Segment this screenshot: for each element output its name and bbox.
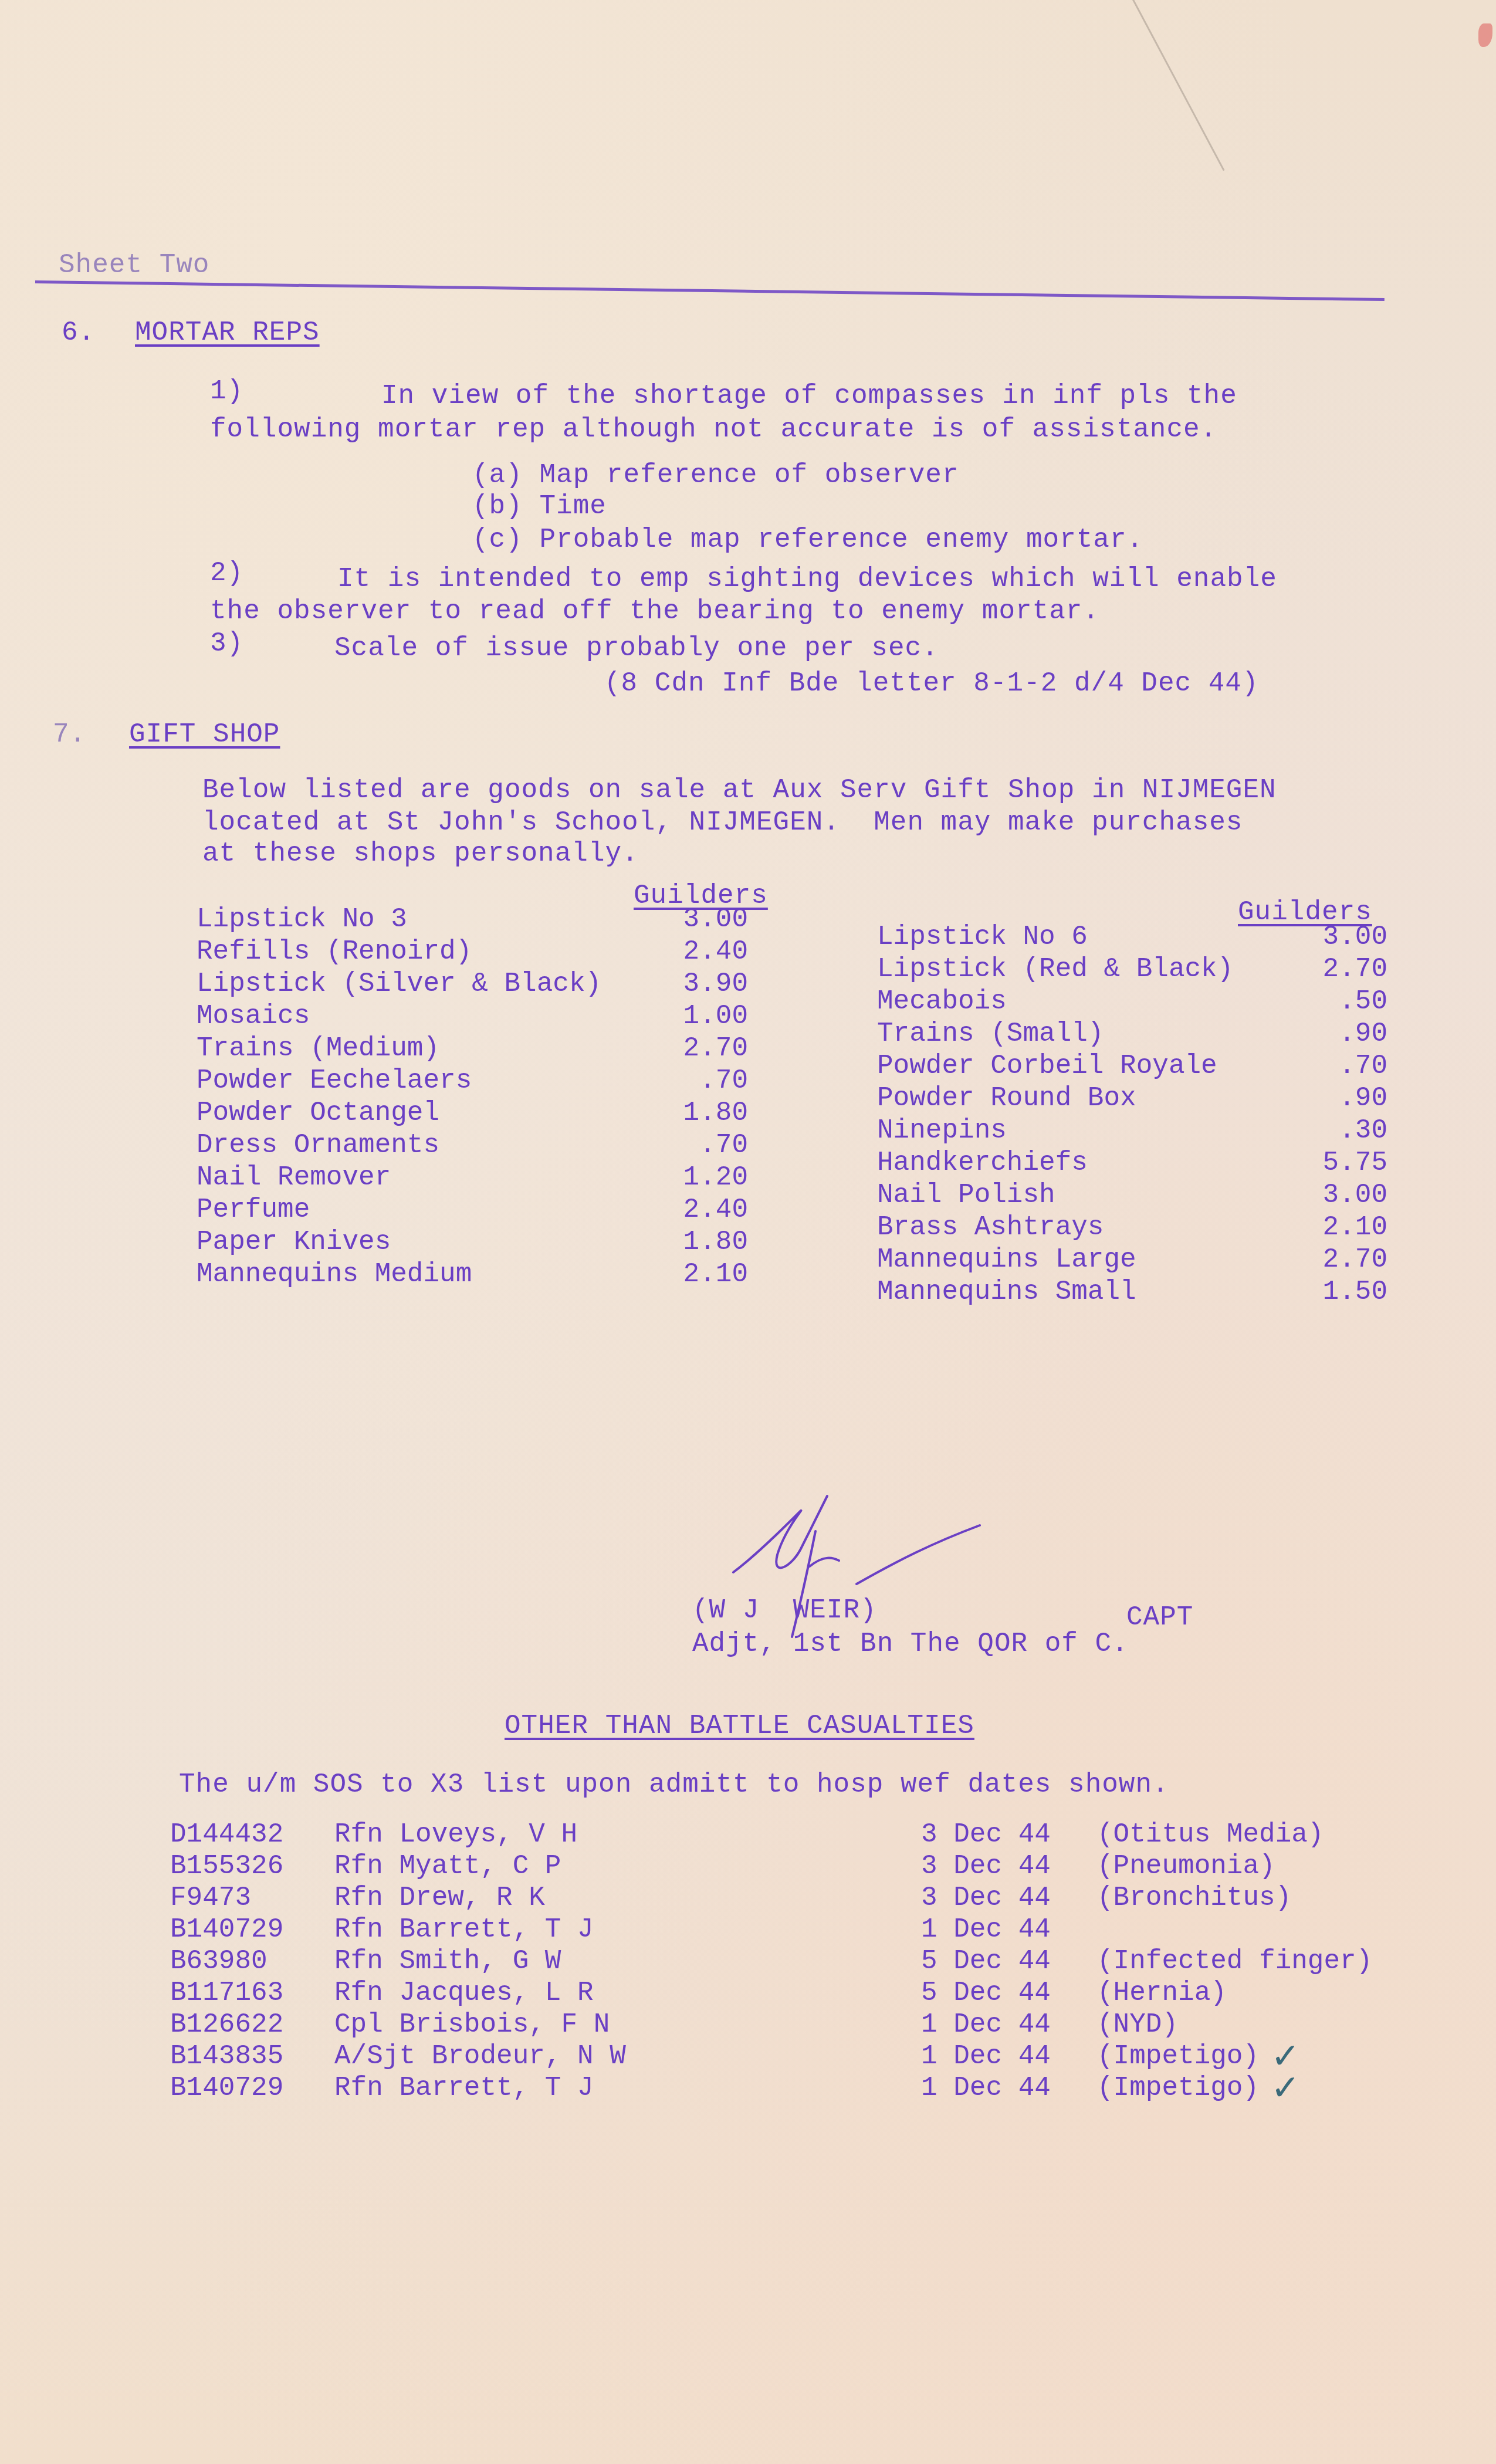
casualty-row: D144432Rfn Loveys, V H3 Dec 44(Otitus Me… <box>170 1819 1372 1850</box>
price-row: Paper Knives1.80 <box>197 1226 748 1258</box>
price-row: Powder Round Box.90 <box>877 1082 1387 1115</box>
admit-date: 5 Dec 44 <box>921 1945 1097 1977</box>
admit-date: 1 Dec 44 <box>921 1914 1097 1945</box>
item-name: Lipstick No 3 <box>197 903 407 936</box>
sheet-label: Sheet Two <box>59 249 209 281</box>
s6-p1-num: 1) <box>210 375 243 407</box>
diagnosis: (Infected finger) <box>1097 1945 1372 1977</box>
section7-number: 7. <box>53 719 86 750</box>
price-row: Lipstick No 63.00 <box>877 921 1387 953</box>
casualty-name: Rfn Barrett, T J <box>334 2072 921 2104</box>
admit-date: 3 Dec 44 <box>921 1850 1097 1882</box>
item-name: Dress Ornaments <box>197 1129 439 1162</box>
s6-p1-line2: following mortar rep although not accura… <box>210 414 1217 445</box>
price-row: Brass Ashtrays2.10 <box>877 1211 1387 1244</box>
section6-title: MORTAR REPS <box>135 317 320 348</box>
price-row: Lipstick (Silver & Black)3.90 <box>197 968 748 1000</box>
casualty-row: B117163Rfn Jacques, L R5 Dec 44(Hernia) <box>170 1977 1372 2009</box>
price-row: Powder Octangel1.80 <box>197 1097 748 1129</box>
item-name: Ninepins <box>877 1115 1007 1147</box>
item-price: 2.70 <box>1270 953 1387 986</box>
item-price: 2.70 <box>1270 1244 1387 1276</box>
item-price: 2.70 <box>631 1033 748 1065</box>
admit-date: 1 Dec 44 <box>921 2072 1097 2104</box>
item-price: 1.80 <box>631 1226 748 1258</box>
price-row: Mannequins Medium2.10 <box>197 1258 748 1291</box>
service-number: B143835 <box>170 2040 334 2072</box>
service-number: B140729 <box>170 1914 334 1945</box>
service-number: B126622 <box>170 2009 334 2040</box>
casualty-name: Rfn Barrett, T J <box>334 1914 921 1945</box>
service-number: B117163 <box>170 1977 334 2009</box>
item-name: Lipstick No 6 <box>877 921 1088 953</box>
diagnosis: (Hernia) <box>1097 1977 1227 2009</box>
s6-p2-line2: the observer to read off the bearing to … <box>210 595 1099 627</box>
price-row: Lipstick No 33.00 <box>197 903 748 936</box>
price-row: Refills (Renoird)2.40 <box>197 936 748 968</box>
item-price: .90 <box>1270 1018 1387 1050</box>
item-price: .30 <box>1270 1115 1387 1147</box>
s6-item-a: (a) Map reference of observer <box>472 459 959 491</box>
diagnosis: (Otitus Media) <box>1097 1819 1324 1850</box>
s6-p3-line1: Scale of issue probably one per sec. <box>334 632 939 664</box>
item-price: 3.00 <box>1270 1179 1387 1211</box>
item-price: 2.40 <box>631 936 748 968</box>
item-name: Trains (Small) <box>877 1018 1104 1050</box>
price-row: Handkerchiefs5.75 <box>877 1147 1387 1179</box>
item-price: .70 <box>631 1129 748 1162</box>
casualty-name: A/Sjt Brodeur, N W <box>334 2040 921 2072</box>
diagnosis: (Bronchitus) <box>1097 1882 1291 1914</box>
item-price: 1.80 <box>631 1097 748 1129</box>
item-name: Refills (Renoird) <box>197 936 472 968</box>
casualty-name: Rfn Loveys, V H <box>334 1819 921 1850</box>
item-name: Mecabois <box>877 986 1007 1018</box>
diagnosis: (Impetigo) <box>1097 2040 1259 2072</box>
s7-intro-line2: located at St John's School, NIJMEGEN. M… <box>202 807 1243 838</box>
item-price: 1.20 <box>631 1162 748 1194</box>
item-name: Mannequins Medium <box>197 1258 472 1291</box>
item-name: Nail Polish <box>877 1179 1055 1211</box>
s6-p2-num: 2) <box>210 557 243 589</box>
item-name: Powder Corbeil Royale <box>877 1050 1217 1082</box>
item-price: 2.10 <box>1270 1211 1387 1244</box>
item-price: 3.00 <box>1270 921 1387 953</box>
admit-date: 5 Dec 44 <box>921 1977 1097 2009</box>
item-price: 2.10 <box>631 1258 748 1291</box>
casualties-intro: The u/m SOS to X3 list upon admitt to ho… <box>179 1769 1169 1800</box>
price-row: Mannequins Small1.50 <box>877 1276 1387 1308</box>
casualty-row: B155326Rfn Myatt, C P3 Dec 44(Pneumonia) <box>170 1850 1372 1882</box>
service-number: B63980 <box>170 1945 334 1977</box>
price-row: Trains (Small).90 <box>877 1018 1387 1050</box>
section7-title: GIFT SHOP <box>129 719 280 750</box>
price-row: Mannequins Large2.70 <box>877 1244 1387 1276</box>
s6-reference: (8 Cdn Inf Bde letter 8-1-2 d/4 Dec 44) <box>604 668 1259 699</box>
service-number: B155326 <box>170 1850 334 1882</box>
price-row: Powder Eechelaers.70 <box>197 1065 748 1097</box>
item-price: 2.40 <box>631 1194 748 1226</box>
admit-date: 3 Dec 44 <box>921 1882 1097 1914</box>
price-row: Ninepins.30 <box>877 1115 1387 1147</box>
item-name: Mannequins Small <box>877 1276 1136 1308</box>
diagnosis: (Impetigo) <box>1097 2072 1259 2104</box>
checkmark-icon: ✓ <box>1271 2072 1300 2104</box>
casualty-name: Cpl Brisbois, F N <box>334 2009 921 2040</box>
s6-item-b: (b) Time <box>472 490 607 522</box>
casualty-name: Rfn Smith, G W <box>334 1945 921 1977</box>
signatory-appointment: Adjt, 1st Bn The QOR of C. <box>692 1628 1129 1660</box>
item-price: 3.00 <box>631 903 748 936</box>
casualty-name: Rfn Drew, R K <box>334 1882 921 1914</box>
service-number: F9473 <box>170 1882 334 1914</box>
price-row: Trains (Medium)2.70 <box>197 1033 748 1065</box>
item-name: Powder Octangel <box>197 1097 439 1129</box>
price-row: Dress Ornaments.70 <box>197 1129 748 1162</box>
price-row: Powder Corbeil Royale.70 <box>877 1050 1387 1082</box>
item-name: Powder Eechelaers <box>197 1065 472 1097</box>
admit-date: 1 Dec 44 <box>921 2009 1097 2040</box>
price-row: Nail Remover1.20 <box>197 1162 748 1194</box>
service-number: B140729 <box>170 2072 334 2104</box>
price-row: Mecabois.50 <box>877 986 1387 1018</box>
s7-intro-line3: at these shops personally. <box>202 838 639 869</box>
item-price: .90 <box>1270 1082 1387 1115</box>
item-name: Paper Knives <box>197 1226 391 1258</box>
diagnosis: (Pneumonia) <box>1097 1850 1275 1882</box>
s6-p1-line1: In view of the shortage of compasses in … <box>381 380 1237 412</box>
item-name: Powder Round Box <box>877 1082 1136 1115</box>
price-row: Perfume2.40 <box>197 1194 748 1226</box>
item-name: Nail Remover <box>197 1162 391 1194</box>
item-price: .70 <box>631 1065 748 1097</box>
s7-intro-line1: Below listed are goods on sale at Aux Se… <box>202 774 1277 806</box>
item-price: 5.75 <box>1270 1147 1387 1179</box>
diagnosis: (NYD) <box>1097 2009 1178 2040</box>
price-row: Lipstick (Red & Black)2.70 <box>877 953 1387 986</box>
s6-p3-num: 3) <box>210 628 243 659</box>
casualty-row: B143835A/Sjt Brodeur, N W1 Dec 44(Impeti… <box>170 2040 1372 2072</box>
left-price-list: Lipstick No 33.00 Refills (Renoird)2.40 … <box>197 903 748 1291</box>
item-name: Mosaics <box>197 1000 310 1033</box>
casualty-row: B140729Rfn Barrett, T J1 Dec 44 <box>170 1914 1372 1945</box>
item-name: Mannequins Large <box>877 1244 1136 1276</box>
item-name: Lipstick (Red & Black) <box>877 953 1233 986</box>
casualty-row: B140729Rfn Barrett, T J1 Dec 44(Impetigo… <box>170 2072 1372 2104</box>
price-row: Mosaics1.00 <box>197 1000 748 1033</box>
casualties-title: OTHER THAN BATTLE CASUALTIES <box>505 1710 974 1742</box>
casualties-list: D144432Rfn Loveys, V H3 Dec 44(Otitus Me… <box>170 1819 1372 2104</box>
casualty-row: F9473Rfn Drew, R K3 Dec 44(Bronchitus) <box>170 1882 1372 1914</box>
s6-p2-line1: It is intended to emp sighting devices w… <box>337 563 1277 595</box>
right-price-list: Lipstick No 63.00 Lipstick (Red & Black)… <box>877 921 1387 1308</box>
item-price: 1.50 <box>1270 1276 1387 1308</box>
signatory-rank: CAPT <box>1126 1602 1193 1633</box>
item-name: Brass Ashtrays <box>877 1211 1104 1244</box>
casualty-row: B126622Cpl Brisbois, F N1 Dec 44(NYD) <box>170 2009 1372 2040</box>
admit-date: 1 Dec 44 <box>921 2040 1097 2072</box>
signatory-name: (W J WEIR) <box>692 1595 877 1626</box>
item-name: Lipstick (Silver & Black) <box>197 968 601 1000</box>
item-name: Handkerchiefs <box>877 1147 1088 1179</box>
s6-item-c: (c) Probable map reference enemy mortar. <box>472 524 1143 556</box>
casualty-name: Rfn Jacques, L R <box>334 1977 921 2009</box>
item-name: Trains (Medium) <box>197 1033 439 1065</box>
casualty-name: Rfn Myatt, C P <box>334 1850 921 1882</box>
admit-date: 3 Dec 44 <box>921 1819 1097 1850</box>
section6-number: 6. <box>62 317 95 348</box>
casualty-row: B63980Rfn Smith, G W5 Dec 44(Infected fi… <box>170 1945 1372 1977</box>
item-price: 1.00 <box>631 1000 748 1033</box>
item-price: 3.90 <box>631 968 748 1000</box>
price-row: Nail Polish3.00 <box>877 1179 1387 1211</box>
item-name: Perfume <box>197 1194 310 1226</box>
item-price: .50 <box>1270 986 1387 1018</box>
service-number: D144432 <box>170 1819 334 1850</box>
item-price: .70 <box>1270 1050 1387 1082</box>
